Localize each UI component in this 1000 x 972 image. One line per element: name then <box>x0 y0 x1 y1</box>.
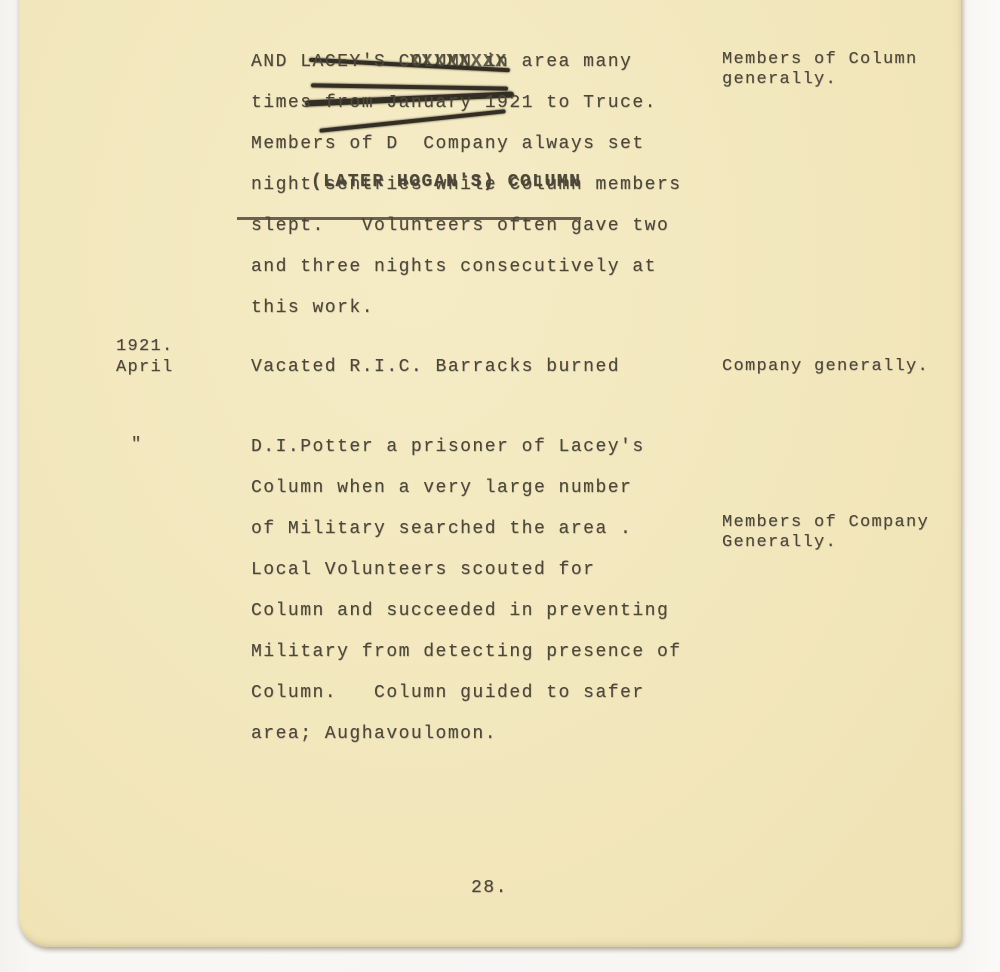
entry-2-body: Vacated R.I.C. Barracks burned <box>251 357 620 377</box>
entry-2-date: 1921. April <box>116 336 174 378</box>
entry-1-body: AND LACEY'S COLUMN in area many times fr… <box>251 42 682 329</box>
scan-background: XXXXXXXX (LATER HOGAN'S) COLUMN AND LACE… <box>0 0 1000 972</box>
entry-3-sidenote: Members of Company Generally. <box>722 513 929 553</box>
entry-3-body: D.I.Potter a prisoner of Lacey's Column … <box>251 427 682 755</box>
page-number: 28. <box>471 878 508 898</box>
entry-3-date-ditto-mark: " <box>131 434 143 455</box>
entry-2-sidenote: Company generally. <box>722 357 929 377</box>
entry-1-sidenote: Members of Column generally. <box>722 50 918 90</box>
document-page: XXXXXXXX (LATER HOGAN'S) COLUMN AND LACE… <box>19 0 961 947</box>
